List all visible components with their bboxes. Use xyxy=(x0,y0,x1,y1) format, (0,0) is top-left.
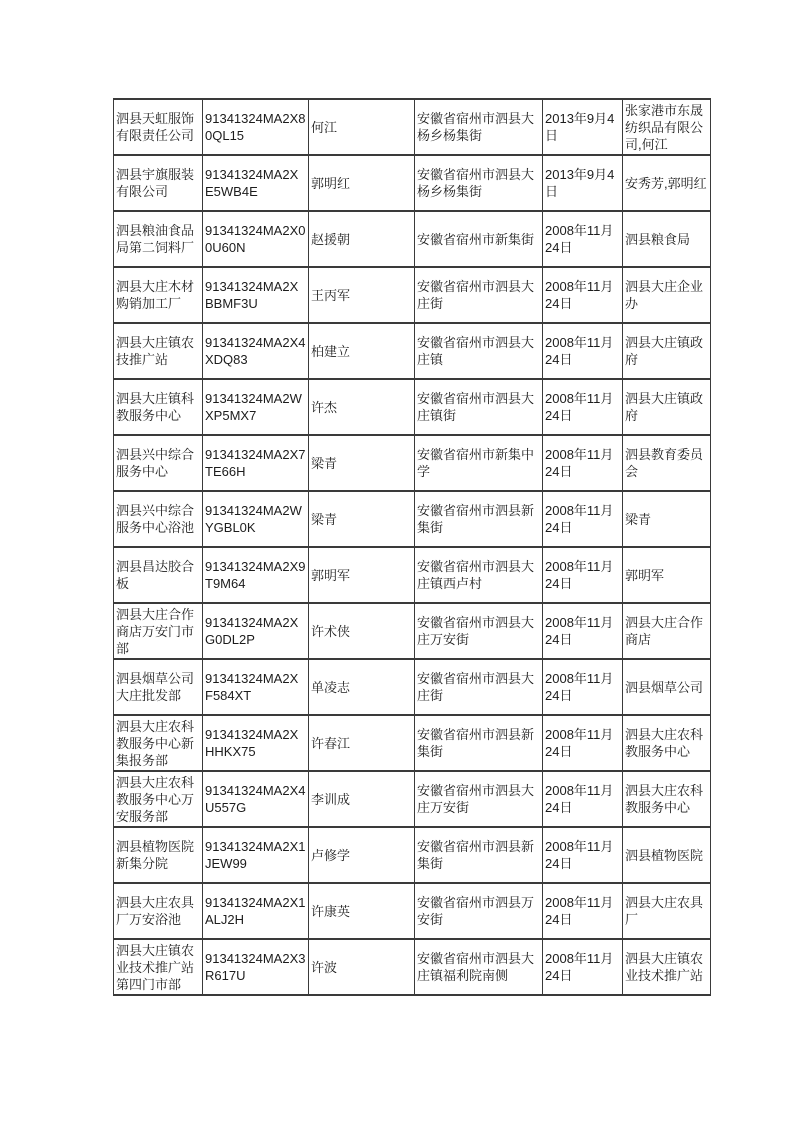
cell-credit-code: 91341324MA2XBBMF3U xyxy=(203,267,309,323)
cell-reg-date: 2008年11月24日 xyxy=(543,827,623,883)
cell-related-party: 泗县大庄镇政府 xyxy=(623,323,711,379)
cell-related-party: 泗县粮食局 xyxy=(623,211,711,267)
table-row: 泗县大庄木材购销加工厂 91341324MA2XBBMF3U 王丙军 安徽省宿州… xyxy=(114,267,711,323)
cell-legal-person: 梁青 xyxy=(309,435,415,491)
cell-legal-person: 郭明红 xyxy=(309,155,415,211)
cell-legal-person: 梁青 xyxy=(309,491,415,547)
cell-related-party: 安秀芳,郭明红 xyxy=(623,155,711,211)
cell-company-name: 泗县大庄农科教服务中心新集报务部 xyxy=(114,715,203,771)
cell-credit-code: 91341324MA2X4U557G xyxy=(203,771,309,827)
cell-reg-date: 2008年11月24日 xyxy=(543,939,623,995)
cell-address: 安徽省宿州市新集街 xyxy=(415,211,543,267)
cell-legal-person: 柏建立 xyxy=(309,323,415,379)
cell-credit-code: 91341324MA2X4XDQ83 xyxy=(203,323,309,379)
cell-related-party: 泗县植物医院 xyxy=(623,827,711,883)
cell-company-name: 泗县兴中综合服务中心 xyxy=(114,435,203,491)
table-row: 泗县宇旗服装有限公司 91341324MA2XE5WB4E 郭明红 安徽省宿州市… xyxy=(114,155,711,211)
cell-address: 安徽省宿州市泗县大杨乡杨集街 xyxy=(415,155,543,211)
cell-reg-date: 2008年11月24日 xyxy=(543,211,623,267)
cell-credit-code: 91341324MA2WXP5MX7 xyxy=(203,379,309,435)
cell-related-party: 张家港市东晟纺织品有限公司,何江 xyxy=(623,99,711,155)
cell-legal-person: 许春江 xyxy=(309,715,415,771)
table-row: 泗县大庄农具厂万安浴池 91341324MA2X1ALJ2H 许康英 安徽省宿州… xyxy=(114,883,711,939)
cell-address: 安徽省宿州市新集中学 xyxy=(415,435,543,491)
cell-address: 安徽省宿州市泗县大庄万安街 xyxy=(415,771,543,827)
cell-reg-date: 2013年9月4日 xyxy=(543,99,623,155)
table-row: 泗县大庄镇农业技术推广站第四门市部 91341324MA2X3R617U 许波 … xyxy=(114,939,711,995)
cell-related-party: 泗县大庄农科教服务中心 xyxy=(623,715,711,771)
cell-credit-code: 91341324MA2XHHKX75 xyxy=(203,715,309,771)
cell-legal-person: 赵援朝 xyxy=(309,211,415,267)
cell-legal-person: 许康英 xyxy=(309,883,415,939)
cell-related-party: 泗县大庄农具厂 xyxy=(623,883,711,939)
cell-related-party: 泗县教育委员会 xyxy=(623,435,711,491)
cell-credit-code: 91341324MA2XG0DL2P xyxy=(203,603,309,659)
cell-reg-date: 2008年11月24日 xyxy=(543,883,623,939)
cell-reg-date: 2008年11月24日 xyxy=(543,379,623,435)
cell-company-name: 泗县大庄农科教服务中心万安服务部 xyxy=(114,771,203,827)
cell-credit-code: 91341324MA2X7TE66H xyxy=(203,435,309,491)
cell-legal-person: 何江 xyxy=(309,99,415,155)
cell-related-party: 泗县烟草公司 xyxy=(623,659,711,715)
cell-credit-code: 91341324MA2X1ALJ2H xyxy=(203,883,309,939)
cell-related-party: 泗县大庄镇农业技术推广站 xyxy=(623,939,711,995)
cell-address: 安徽省宿州市泗县大庄街 xyxy=(415,267,543,323)
cell-related-party: 梁青 xyxy=(623,491,711,547)
table-row: 泗县粮油食品局第二饲料厂 91341324MA2X00U60N 赵援朝 安徽省宿… xyxy=(114,211,711,267)
cell-address: 安徽省宿州市泗县大庄万安街 xyxy=(415,603,543,659)
cell-legal-person: 卢修学 xyxy=(309,827,415,883)
cell-legal-person: 王丙军 xyxy=(309,267,415,323)
table-row: 泗县大庄合作商店万安门市部 91341324MA2XG0DL2P 许术侠 安徽省… xyxy=(114,603,711,659)
cell-credit-code: 91341324MA2X3R617U xyxy=(203,939,309,995)
table-row: 泗县大庄镇科教服务中心 91341324MA2WXP5MX7 许杰 安徽省宿州市… xyxy=(114,379,711,435)
cell-address: 安徽省宿州市泗县大庄镇西卢村 xyxy=(415,547,543,603)
cell-reg-date: 2008年11月24日 xyxy=(543,547,623,603)
table-row: 泗县兴中综合服务中心 91341324MA2X7TE66H 梁青 安徽省宿州市新… xyxy=(114,435,711,491)
table-row: 泗县植物医院新集分院 91341324MA2X1JEW99 卢修学 安徽省宿州市… xyxy=(114,827,711,883)
cell-legal-person: 许术侠 xyxy=(309,603,415,659)
cell-company-name: 泗县昌达胶合板 xyxy=(114,547,203,603)
table-row: 泗县烟草公司大庄批发部 91341324MA2XF584XT 单凌志 安徽省宿州… xyxy=(114,659,711,715)
cell-credit-code: 91341324MA2XE5WB4E xyxy=(203,155,309,211)
cell-company-name: 泗县大庄镇农业技术推广站第四门市部 xyxy=(114,939,203,995)
cell-company-name: 泗县天虹服饰有限责任公司 xyxy=(114,99,203,155)
cell-company-name: 泗县大庄镇农技推广站 xyxy=(114,323,203,379)
table-body: 泗县天虹服饰有限责任公司 91341324MA2X80QL15 何江 安徽省宿州… xyxy=(114,99,711,995)
cell-reg-date: 2008年11月24日 xyxy=(543,659,623,715)
cell-legal-person: 许杰 xyxy=(309,379,415,435)
cell-address: 安徽省宿州市泗县大庄镇街 xyxy=(415,379,543,435)
cell-legal-person: 郭明军 xyxy=(309,547,415,603)
cell-reg-date: 2008年11月24日 xyxy=(543,771,623,827)
table-row: 泗县兴中综合服务中心浴池 91341324MA2WYGBL0K 梁青 安徽省宿州… xyxy=(114,491,711,547)
cell-related-party: 郭明军 xyxy=(623,547,711,603)
table-row: 泗县大庄农科教服务中心万安服务部 91341324MA2X4U557G 李训成 … xyxy=(114,771,711,827)
table-row: 泗县昌达胶合板 91341324MA2X9T9M64 郭明军 安徽省宿州市泗县大… xyxy=(114,547,711,603)
cell-credit-code: 91341324MA2XF584XT xyxy=(203,659,309,715)
cell-company-name: 泗县粮油食品局第二饲料厂 xyxy=(114,211,203,267)
table-row: 泗县大庄农科教服务中心新集报务部 91341324MA2XHHKX75 许春江 … xyxy=(114,715,711,771)
cell-credit-code: 91341324MA2WYGBL0K xyxy=(203,491,309,547)
cell-company-name: 泗县大庄镇科教服务中心 xyxy=(114,379,203,435)
cell-credit-code: 91341324MA2X9T9M64 xyxy=(203,547,309,603)
cell-related-party: 泗县大庄企业办 xyxy=(623,267,711,323)
cell-address: 安徽省宿州市泗县大庄镇福利院南侧 xyxy=(415,939,543,995)
cell-reg-date: 2008年11月24日 xyxy=(543,603,623,659)
cell-reg-date: 2008年11月24日 xyxy=(543,267,623,323)
cell-reg-date: 2008年11月24日 xyxy=(543,323,623,379)
cell-credit-code: 91341324MA2X80QL15 xyxy=(203,99,309,155)
cell-legal-person: 李训成 xyxy=(309,771,415,827)
cell-company-name: 泗县兴中综合服务中心浴池 xyxy=(114,491,203,547)
cell-reg-date: 2008年11月24日 xyxy=(543,715,623,771)
cell-credit-code: 91341324MA2X1JEW99 xyxy=(203,827,309,883)
cell-reg-date: 2013年9月4日 xyxy=(543,155,623,211)
cell-related-party: 泗县大庄合作商店 xyxy=(623,603,711,659)
registration-table: 泗县天虹服饰有限责任公司 91341324MA2X80QL15 何江 安徽省宿州… xyxy=(113,98,711,996)
table-row: 泗县天虹服饰有限责任公司 91341324MA2X80QL15 何江 安徽省宿州… xyxy=(114,99,711,155)
cell-company-name: 泗县大庄农具厂万安浴池 xyxy=(114,883,203,939)
table-row: 泗县大庄镇农技推广站 91341324MA2X4XDQ83 柏建立 安徽省宿州市… xyxy=(114,323,711,379)
cell-reg-date: 2008年11月24日 xyxy=(543,435,623,491)
cell-related-party: 泗县大庄农科教服务中心 xyxy=(623,771,711,827)
cell-legal-person: 许波 xyxy=(309,939,415,995)
cell-company-name: 泗县植物医院新集分院 xyxy=(114,827,203,883)
cell-address: 安徽省宿州市泗县大杨乡杨集街 xyxy=(415,99,543,155)
cell-address: 安徽省宿州市泗县大庄街 xyxy=(415,659,543,715)
cell-address: 安徽省宿州市泗县新集街 xyxy=(415,715,543,771)
cell-address: 安徽省宿州市泗县新集街 xyxy=(415,827,543,883)
cell-company-name: 泗县大庄合作商店万安门市部 xyxy=(114,603,203,659)
cell-company-name: 泗县大庄木材购销加工厂 xyxy=(114,267,203,323)
cell-address: 安徽省宿州市泗县万安街 xyxy=(415,883,543,939)
cell-legal-person: 单凌志 xyxy=(309,659,415,715)
cell-address: 安徽省宿州市泗县新集街 xyxy=(415,491,543,547)
document-page: 泗县天虹服饰有限责任公司 91341324MA2X80QL15 何江 安徽省宿州… xyxy=(0,0,793,1122)
cell-address: 安徽省宿州市泗县大庄镇 xyxy=(415,323,543,379)
cell-credit-code: 91341324MA2X00U60N xyxy=(203,211,309,267)
cell-company-name: 泗县烟草公司大庄批发部 xyxy=(114,659,203,715)
cell-company-name: 泗县宇旗服装有限公司 xyxy=(114,155,203,211)
cell-reg-date: 2008年11月24日 xyxy=(543,491,623,547)
cell-related-party: 泗县大庄镇政府 xyxy=(623,379,711,435)
